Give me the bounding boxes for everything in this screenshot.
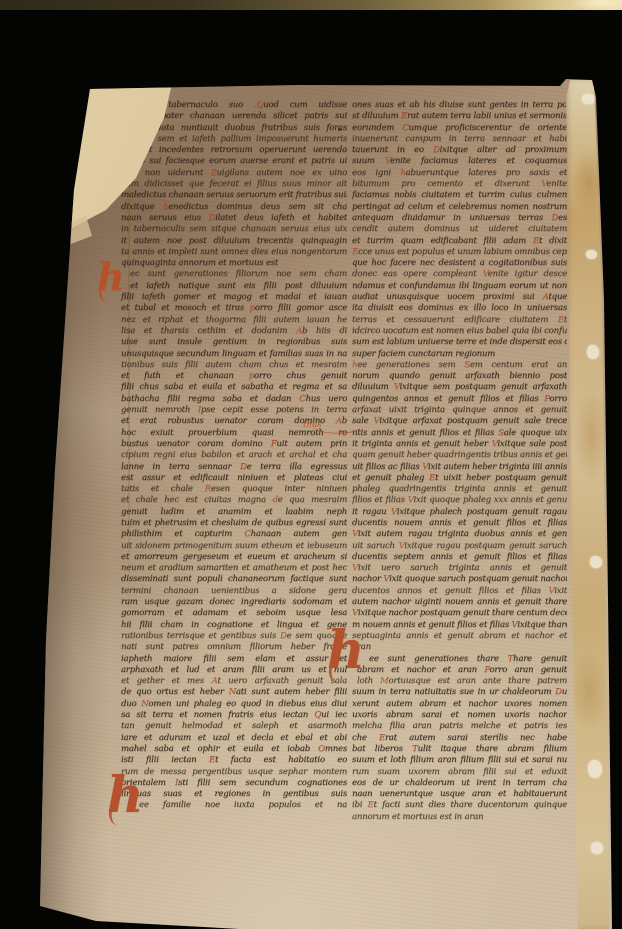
text-line: bitumum pro cemento et dixerunt Venite — [352, 179, 567, 190]
parchment-leaf: atus in tabernaculo suo .Quod cum uidiss… — [0, 0, 622, 929]
text-line: rum de messa pergentibus usque sephar mo… — [121, 767, 347, 778]
text-line: Ecce unus est populus et unum labium omn… — [352, 247, 567, 258]
text-line: quinquaginta annorum et mortuus est — [121, 258, 347, 269]
text-line: ee sunt generationes thare Thare genuit — [352, 654, 567, 665]
text-line: mahel saba et ophir et euila et iobab Om… — [121, 744, 347, 755]
rubricated-letter: E — [558, 315, 564, 325]
text-line: et iafeth natique sunt eis filii post di… — [121, 281, 347, 292]
text-line: et turrim quam edificabant filii adam Et… — [352, 236, 567, 247]
text-line: norum quando genuit arfaxath biennio pos… — [352, 371, 567, 382]
rubricated-letter: N — [141, 699, 148, 709]
rubricated-letter: N — [229, 687, 236, 697]
text-line: abram et nachor et aran Porro aran genui… — [352, 665, 567, 676]
text-line: it ragau Vixitque phalech postquam genui… — [352, 507, 567, 518]
text-line: uise sunt insule gentium in regionibus s… — [121, 337, 347, 348]
text-line: suum in terra natiuitatis sue in ur chal… — [352, 687, 567, 698]
text-line: orientalem Isti filii sem secundum cogna… — [121, 778, 347, 789]
rubricated-letter: V — [373, 416, 379, 426]
text-line: linguas suas et regiones in gentibus sui… — [121, 789, 347, 800]
repair-tape-bit — [582, 94, 595, 104]
text-line: philisthim et capturim Chanaan autem gen — [121, 529, 347, 540]
text-line: tionibus suis filii autem cham chus et m… — [121, 360, 347, 371]
text-line: hii filii cham in cognatione et lingua e… — [121, 620, 347, 631]
text-line: atus in tabernaculo suo .Quod cum uidiss… — [121, 100, 347, 111]
rubricated-letter: V — [385, 156, 390, 166]
rubricated-letter: A — [212, 676, 218, 686]
rubricated-letter: V — [422, 462, 428, 472]
text-line: loth Mortuusque est aran ante thare patr… — [352, 676, 567, 687]
text-line: sale Vixitque arfaxat postquam genuit sa… — [352, 416, 567, 427]
text-line: ita diuisit eos dominus ex illo loco in … — [352, 303, 567, 314]
text-line: antequam diuidamur in uniuersas terras D… — [352, 213, 567, 224]
text-line: et futh et chanaan porro chus genuit — [121, 371, 347, 382]
rubricated-letter: E — [367, 800, 373, 810]
text-line: audiat unusquisque uocem proximi sui Atq… — [352, 292, 567, 303]
text-line: arphaxath et lud et aram filii aram us e… — [121, 665, 347, 676]
rubricated-letter: V — [352, 563, 358, 573]
photo-top-light-band — [0, 0, 622, 10]
rubricated-letter: S — [498, 428, 504, 438]
text-line: autem nachor uiginti nouem annis et genu… — [352, 597, 567, 608]
initial-h-generationes-noe: h — [97, 262, 125, 292]
text-line: maledictus chanaan seruus seruorum erit … — [121, 190, 347, 201]
rubricated-letter: D — [433, 145, 440, 155]
text-line: annorum et mortuus est in aran — [352, 812, 567, 823]
text-line: cum didicisset que fecerat ei filius suu… — [121, 179, 347, 190]
text-line: termini chanaan uenientibus a sidone ger… — [121, 586, 347, 597]
rubricated-letter: E — [209, 755, 215, 765]
rubricated-letter: V — [492, 439, 498, 449]
rubricated-letter: h — [400, 168, 405, 178]
rubricated-letter: F — [271, 439, 277, 449]
text-line: donec eas opere compleant Venite igitur … — [352, 269, 567, 280]
rubricated-letter: D — [551, 213, 558, 223]
text-line: cipium regni eius babilon et arach et ar… — [121, 450, 347, 461]
text-line: filii iafeth gomer et magog et madai et … — [121, 292, 347, 303]
rubricated-letter: E — [352, 247, 358, 257]
text-line: disseminati sunt populi chananeorum fact… — [121, 574, 347, 585]
rubricated-letter: V — [548, 586, 554, 596]
text-line: ducentis nouem annis et genuit filios et… — [352, 518, 567, 529]
binding-fore-edge-strip — [564, 80, 610, 929]
left-edge-shading — [36, 84, 108, 929]
text-line: septuaginta annis et genuit abram et nac… — [352, 631, 567, 642]
initial-descender-tail — [107, 809, 121, 826]
manuscript-photograph: atus in tabernaculo suo .Quod cum uidiss… — [0, 0, 622, 929]
text-line: nachor Vixit quoque saruch postquam genu… — [352, 574, 567, 585]
rubricated-letter: T — [412, 744, 417, 754]
rubricated-letter: V — [394, 382, 400, 392]
text-line: at uero sem et iafeth pallium imposuerun… — [121, 134, 347, 145]
rubricated-letter: D — [240, 462, 247, 472]
text-line: et gether et mes At uero arfaxath genuit… — [121, 676, 347, 687]
text-line: eorundem Cumque proficiscerentur de orie… — [352, 123, 567, 134]
text-line: genuit nemroth Ipse cepit esse potens in… — [121, 405, 347, 416]
rubricated-letter: V — [352, 608, 358, 618]
text-line: inuenerunt campum in terra sennaar et ha… — [352, 134, 567, 145]
text-line: esse nudata nuntiauit duobus fratribus s… — [121, 123, 347, 134]
text-line: ram usque gazam donec ingrediaris sodoma… — [121, 597, 347, 608]
text-line: filios et filias Vixit quoque phaleg xxx… — [352, 495, 567, 506]
text-line: naan ueneruntque usque aran et habitauer… — [352, 789, 567, 800]
text-line: quam genuit heber quadringentis tribus a… — [352, 450, 567, 461]
rubricated-letter: V — [512, 620, 518, 630]
photo-top-corner-glow — [540, 0, 622, 14]
rubricated-letter: A — [543, 292, 549, 302]
text-line: uit sidonem primogenitum suum etheum et … — [121, 541, 347, 552]
text-line: Vixit uero saruch triginta annis et genu… — [352, 563, 567, 574]
text-line: iapheth maiore filii sem elam et assur e… — [121, 654, 347, 665]
text-line: pertingat ad celum et celebremus nomen n… — [352, 202, 567, 213]
text-column-left: atus in tabernaculo suo .Quod cum uidiss… — [121, 100, 347, 812]
text-line: eos igni habueruntque lateres pro saxis … — [352, 168, 567, 179]
text-line: Vixitque nachor postquam genuit thare ce… — [352, 608, 567, 619]
text-line: ducentos annos et genuit filios et filia… — [352, 586, 567, 597]
text-line: suis et incedentes retrorsum operuerunt … — [121, 145, 347, 156]
initial-h-generationes-thare: h — [327, 631, 365, 672]
text-line: rilia non uiderunt Euigilans autem noe e… — [121, 168, 347, 179]
rubricated-letter: V — [391, 507, 397, 517]
text-line: isti filii iectan Et facta est habitatio… — [121, 755, 347, 766]
rubricated-letter: p — [249, 371, 254, 381]
text-line: terras et cessauerunt edificare ciuitate… — [352, 315, 567, 326]
text-line: naan seruus eius Dilatet deus iafeth et … — [121, 213, 347, 224]
text-line: ducentis septem annis et genuit filios e… — [352, 552, 567, 563]
text-line: et tubal et mosoch et tiras porro filii … — [121, 303, 347, 314]
rubricated-letter: R — [205, 484, 211, 494]
text-line: uxoris abram sarai et nomen uxoris nacho… — [352, 710, 567, 721]
text-line: rum suam uxorem abram filii sui et eduxi… — [352, 767, 567, 778]
text-line: est assur et edificauit niniuen et plate… — [121, 473, 347, 484]
rubricated-letter: S — [464, 360, 470, 370]
text-line: ndamus et confundamus ibi linguam eorum … — [352, 281, 567, 292]
rubricated-letter: E — [401, 111, 407, 121]
rubricated-letter: O — [318, 744, 325, 754]
rubricated-letter: V — [352, 529, 358, 539]
rubricated-letter: M — [380, 676, 389, 686]
text-line: de quo ortus est heber Nati sunt autem h… — [121, 687, 347, 698]
rubricated-letter: Q — [256, 100, 263, 110]
text-line: ta annis et impleti sunt omnes dies eius… — [121, 247, 347, 258]
rubricated-letter: p — [250, 303, 255, 313]
repair-tape-bit — [587, 345, 599, 359]
rubricated-letter: P — [544, 394, 549, 404]
text-line: ntis annis et genuit filios et filias Sa… — [352, 428, 567, 439]
rubricated-letter: D — [555, 687, 562, 697]
text-line: che Erat autem sarai sterilis nec habe — [352, 733, 567, 744]
text-line: nati sunt patres omnium filiorum heber f… — [121, 642, 347, 653]
text-line: arfaxat uixit triginta quinque annos et … — [352, 405, 567, 416]
text-line: tauerunt in eo Dixitque alter ad proximu… — [352, 145, 567, 156]
rubricated-letter: V — [541, 179, 546, 189]
rubricated-letter: E — [210, 168, 216, 178]
text-line: nez et riphat et thogorma filii autem ia… — [121, 315, 347, 326]
repair-tape-bit — [590, 556, 602, 568]
rubricated-letter: V — [383, 574, 389, 584]
rubricated-letter: D — [209, 213, 216, 223]
rubricated-letter: T — [508, 654, 513, 664]
text-line: bathacha filii regma saba et dadan Chus … — [121, 394, 347, 405]
text-line: dixitque benedictus dominus deus sem sit… — [121, 202, 347, 213]
text-line: lanne in terra sennaar De terra illa egr… — [121, 462, 347, 473]
rubricated-letter: E — [379, 733, 385, 743]
text-line: faciamus nobis ciuitatem et turrim cuius… — [352, 190, 567, 201]
rubricated-letter: E — [429, 473, 435, 483]
rubricated-letter: V — [408, 495, 414, 505]
rubricated-letter: E — [533, 236, 539, 246]
rubricated-letter: C — [402, 123, 408, 133]
rubricated-letter: C — [299, 394, 305, 404]
text-line: tan genuit helmodad et saleph et asarmot… — [121, 721, 347, 732]
text-line: unusquisque secundum linguam et familias… — [121, 349, 347, 360]
text-line: gomorram et adamam et seboim usque lesa — [121, 608, 347, 619]
text-line: it autem noe post diluuium trecentis qui… — [121, 236, 347, 247]
rubricated-letter: D — [280, 631, 287, 641]
text-line: suum et loth filium aran filium filii su… — [352, 755, 567, 766]
text-line: tatis et chale Resen quoque inter niniue… — [121, 484, 347, 495]
text-line: in tabernaculis sem sitque chanaan seruu… — [121, 224, 347, 235]
text-line: quingentos annos et genuit filios et fil… — [352, 394, 567, 405]
text-line: tuim et phetrusim et chesluim de quibus … — [121, 518, 347, 529]
text-line: filii chus saba et euila et sabatha et r… — [121, 382, 347, 393]
text-line: bat liberos Tulit itaque thare abram fil… — [352, 744, 567, 755]
rubricated-letter: I — [198, 405, 201, 415]
text-line: m nouem annis et genuit filios et filias… — [352, 620, 567, 631]
text-line: it triginta annis et genuit heber Vixitq… — [352, 439, 567, 450]
rubricated-letter: V — [483, 269, 488, 279]
text-line: t cham pater chanaan uerenda silicet pat… — [121, 111, 347, 122]
text-line: melcha filia aran patris melche et patri… — [352, 721, 567, 732]
text-line: diluuium Vixitque sem postquam genuit ar… — [352, 382, 567, 393]
rubricated-letter: V — [399, 541, 405, 551]
repair-tape-bit — [591, 842, 603, 854]
rubricated-letter: h — [352, 360, 357, 370]
text-line: hee generationes sem Sem centum erat an — [352, 360, 567, 371]
text-line: iare et aduram et uzal et decla et ebal … — [121, 733, 347, 744]
text-line: que hoc facere nec desistent a cogitatio… — [352, 258, 567, 269]
text-line: super faciem cunctarum regionum — [352, 349, 567, 360]
text-line: ibi Et facti sunt dies thare ducentorum … — [352, 800, 567, 811]
text-line: suum Venite faciamus lateres et coquamus — [352, 156, 567, 167]
text-line: eos de ur chaldeorum ut irent in terram … — [352, 778, 567, 789]
text-line: st diluuium Erat autem terra labii unius… — [352, 111, 567, 122]
text-line: ee familie noe iuxta populos et na — [121, 800, 347, 811]
rubricated-letter: d — [272, 495, 277, 505]
text-line: ec sunt generationes filiorum noe sem ch… — [121, 269, 347, 280]
ink-dot — [338, 128, 341, 131]
rubricated-letter: P — [484, 665, 489, 675]
text-line: idcirco uocatum est nomen eius babel qui… — [352, 326, 567, 337]
text-line: sa sit terra et nomen fratris eius iecta… — [121, 710, 347, 721]
text-line: cendit autem dominus ut uideret ciuitate… — [352, 224, 567, 235]
text-line: aran — [352, 642, 567, 653]
initial-h-familie-noe: h — [107, 775, 143, 814]
text-column-right: ones suas et ab his diuise sunt gentes i… — [352, 100, 567, 823]
text-line: genuit ludim et anamim et laabim neph — [121, 507, 347, 518]
text-line: uit saruch Vixitque ragau postquam genui… — [352, 541, 567, 552]
text-line: duo Nomen uni phaleg eo quod in diebus e… — [121, 699, 347, 710]
text-line: et genuit phaleg Et uixit heber postquam… — [352, 473, 567, 484]
text-line: uit filios ac filias Vixit autem heber t… — [352, 462, 567, 473]
rubricated-letter: A — [296, 326, 302, 336]
text-line: Vixit autem ragau triginta duobus annis … — [352, 529, 567, 540]
repair-tape-bit — [586, 250, 597, 259]
text-line: et amorreum gergeseum et eueum et arache… — [121, 552, 347, 563]
text-line: phaleg quadringentis triginta annis et g… — [352, 484, 567, 495]
text-line: lisa et tharsis cethim et dodanim Ab hii… — [121, 326, 347, 337]
repair-tape-bit — [588, 760, 602, 778]
rubricated-letter: C — [244, 529, 250, 539]
text-line: ones suas et ab his diuise sunt gentes i… — [352, 100, 567, 111]
text-line: sum est labium uniuerse terre et inde di… — [352, 337, 567, 348]
rubricated-letter: I — [175, 778, 178, 788]
text-line: neum et aradium samariten et amatheum et… — [121, 563, 347, 574]
rubricated-letter: Q — [314, 710, 321, 720]
initial-descender-tail — [327, 667, 341, 684]
text-line: xerunt autem abram et nachor uxores nome… — [352, 699, 567, 710]
text-line: et chale hec est ciuitas magna de qua me… — [121, 495, 347, 506]
rubricated-letter: b — [163, 202, 168, 212]
text-line: patris sui faciesque eorum auerse erant … — [121, 156, 347, 167]
text-line: bustus uenator coram domino Fuit autem p… — [121, 439, 347, 450]
text-line: rationibus terrisque et gentibus suis De… — [121, 631, 347, 642]
